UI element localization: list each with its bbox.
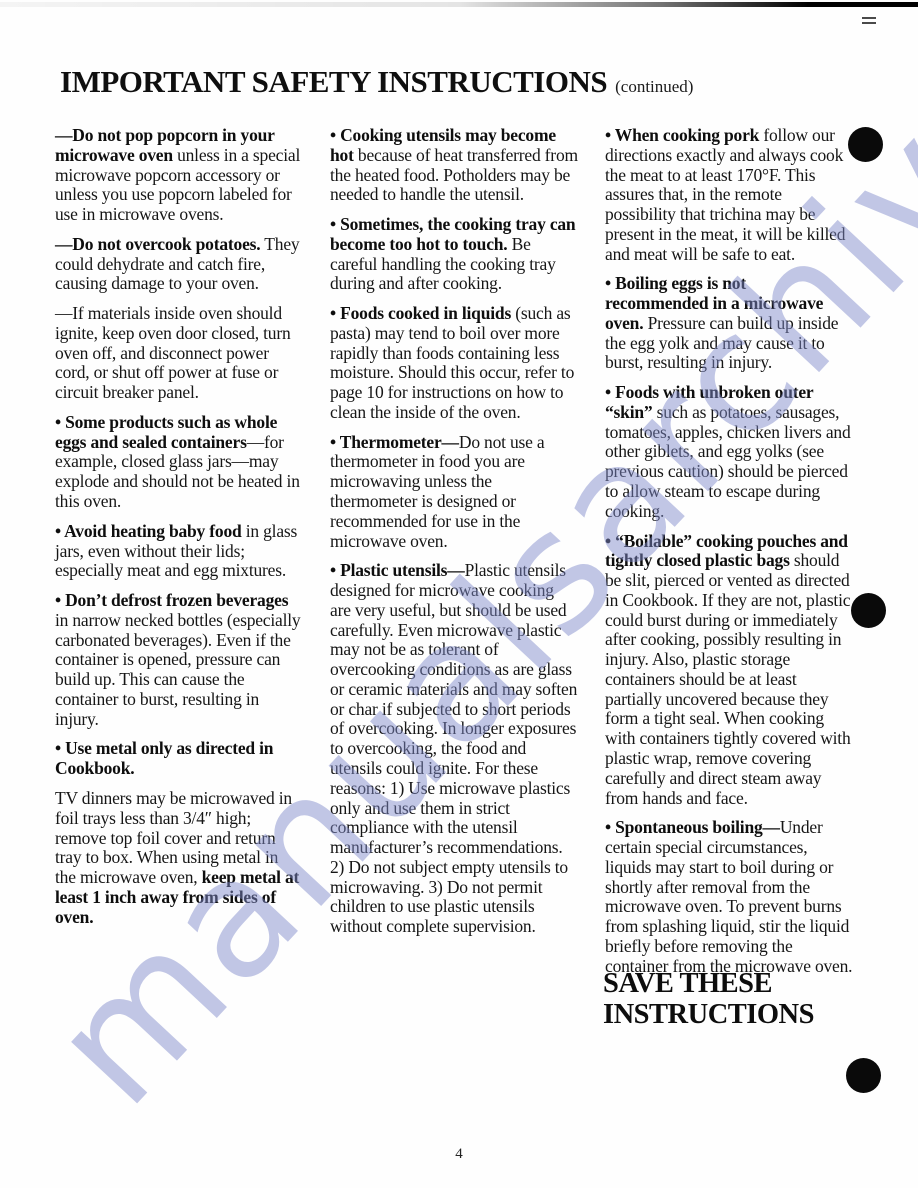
text-segment: • Don’t defrost frozen beverages xyxy=(55,590,288,610)
text-segment: should be slit, pierced or vented as dir… xyxy=(605,550,851,807)
paragraph: —Do not pop popcorn in your microwave ov… xyxy=(55,126,303,225)
corner-mark-icon xyxy=(862,17,876,27)
paragraph: • When cooking pork follow our direction… xyxy=(605,126,853,264)
page-title-continued: (continued) xyxy=(615,77,693,96)
paragraph: • Some products such as whole eggs and s… xyxy=(55,413,303,512)
text-segment: follow our directions exactly and always… xyxy=(605,125,845,264)
paragraph: • Cooking utensils may become hot becaus… xyxy=(330,126,578,205)
text-segment: • Some products such as whole eggs and s… xyxy=(55,412,277,452)
paragraph: • Avoid heating baby food in glass jars,… xyxy=(55,522,303,581)
text-segment: because of heat transferred from the hea… xyxy=(330,145,578,205)
paragraph: —Do not overcook potatoes. They could de… xyxy=(55,235,303,294)
text-segment: —If materials inside oven should ignite,… xyxy=(55,303,291,402)
column-2: • Cooking utensils may become hot becaus… xyxy=(330,126,578,947)
text-segment: • Use metal only as directed in Cookbook… xyxy=(55,738,273,778)
paragraph: • Foods with unbroken outer “skin” such … xyxy=(605,383,853,521)
text-segment: • Thermometer— xyxy=(330,432,459,452)
save-instructions-heading: SAVE THESE INSTRUCTIONS xyxy=(603,968,853,1031)
paragraph: • Spontaneous boiling—Under certain spec… xyxy=(605,818,853,976)
paragraph: • Thermometer—Do not use a thermometer i… xyxy=(330,433,578,552)
text-segment: • Plastic utensils— xyxy=(330,560,465,580)
paragraph: TV dinners may be microwaved in foil tra… xyxy=(55,789,303,927)
binding-hole-icon xyxy=(848,127,883,162)
page-top-edge-line xyxy=(0,2,918,7)
text-segment: Plastic utensils designed for microwave … xyxy=(330,560,577,936)
column-3: • When cooking pork follow our direction… xyxy=(605,126,853,986)
paragraph: • “Boilable” cooking pouches and tightly… xyxy=(605,532,853,809)
page-title-text: IMPORTANT SAFETY INSTRUCTIONS xyxy=(60,64,607,99)
paragraph: • Foods cooked in liquids (such as pasta… xyxy=(330,304,578,423)
paragraph: —If materials inside oven should ignite,… xyxy=(55,304,303,403)
text-segment: • Spontaneous boiling— xyxy=(605,817,780,837)
text-columns: —Do not pop popcorn in your microwave ov… xyxy=(55,126,853,986)
text-segment: • When cooking pork xyxy=(605,125,759,145)
page-number: 4 xyxy=(0,1146,918,1163)
paragraph: • Don’t defrost frozen beverages in narr… xyxy=(55,591,303,729)
paragraph: • Boiling eggs is not recommended in a m… xyxy=(605,274,853,373)
binding-hole-icon xyxy=(851,593,886,628)
text-segment: in narrow necked bottles (especially car… xyxy=(55,610,300,729)
manual-page: { "page": { "title": "IMPORTANT SAFETY I… xyxy=(0,0,918,1188)
binding-hole-icon xyxy=(846,1058,881,1093)
paragraph: • Sometimes, the cooking tray can become… xyxy=(330,215,578,294)
text-segment: Under certain special circumstances, liq… xyxy=(605,817,852,975)
text-segment: —Do not overcook potatoes. xyxy=(55,234,260,254)
column-1: —Do not pop popcorn in your microwave ov… xyxy=(55,126,303,937)
text-segment: • Foods cooked in liquids xyxy=(330,303,511,323)
text-segment: • Avoid heating baby food xyxy=(55,521,242,541)
page-title: IMPORTANT SAFETY INSTRUCTIONS(continued) xyxy=(60,64,693,100)
paragraph: • Use metal only as directed in Cookbook… xyxy=(55,739,303,779)
paragraph: • Plastic utensils—Plastic utensils desi… xyxy=(330,561,578,937)
text-segment: • Sometimes, the cooking tray can become… xyxy=(330,214,575,254)
